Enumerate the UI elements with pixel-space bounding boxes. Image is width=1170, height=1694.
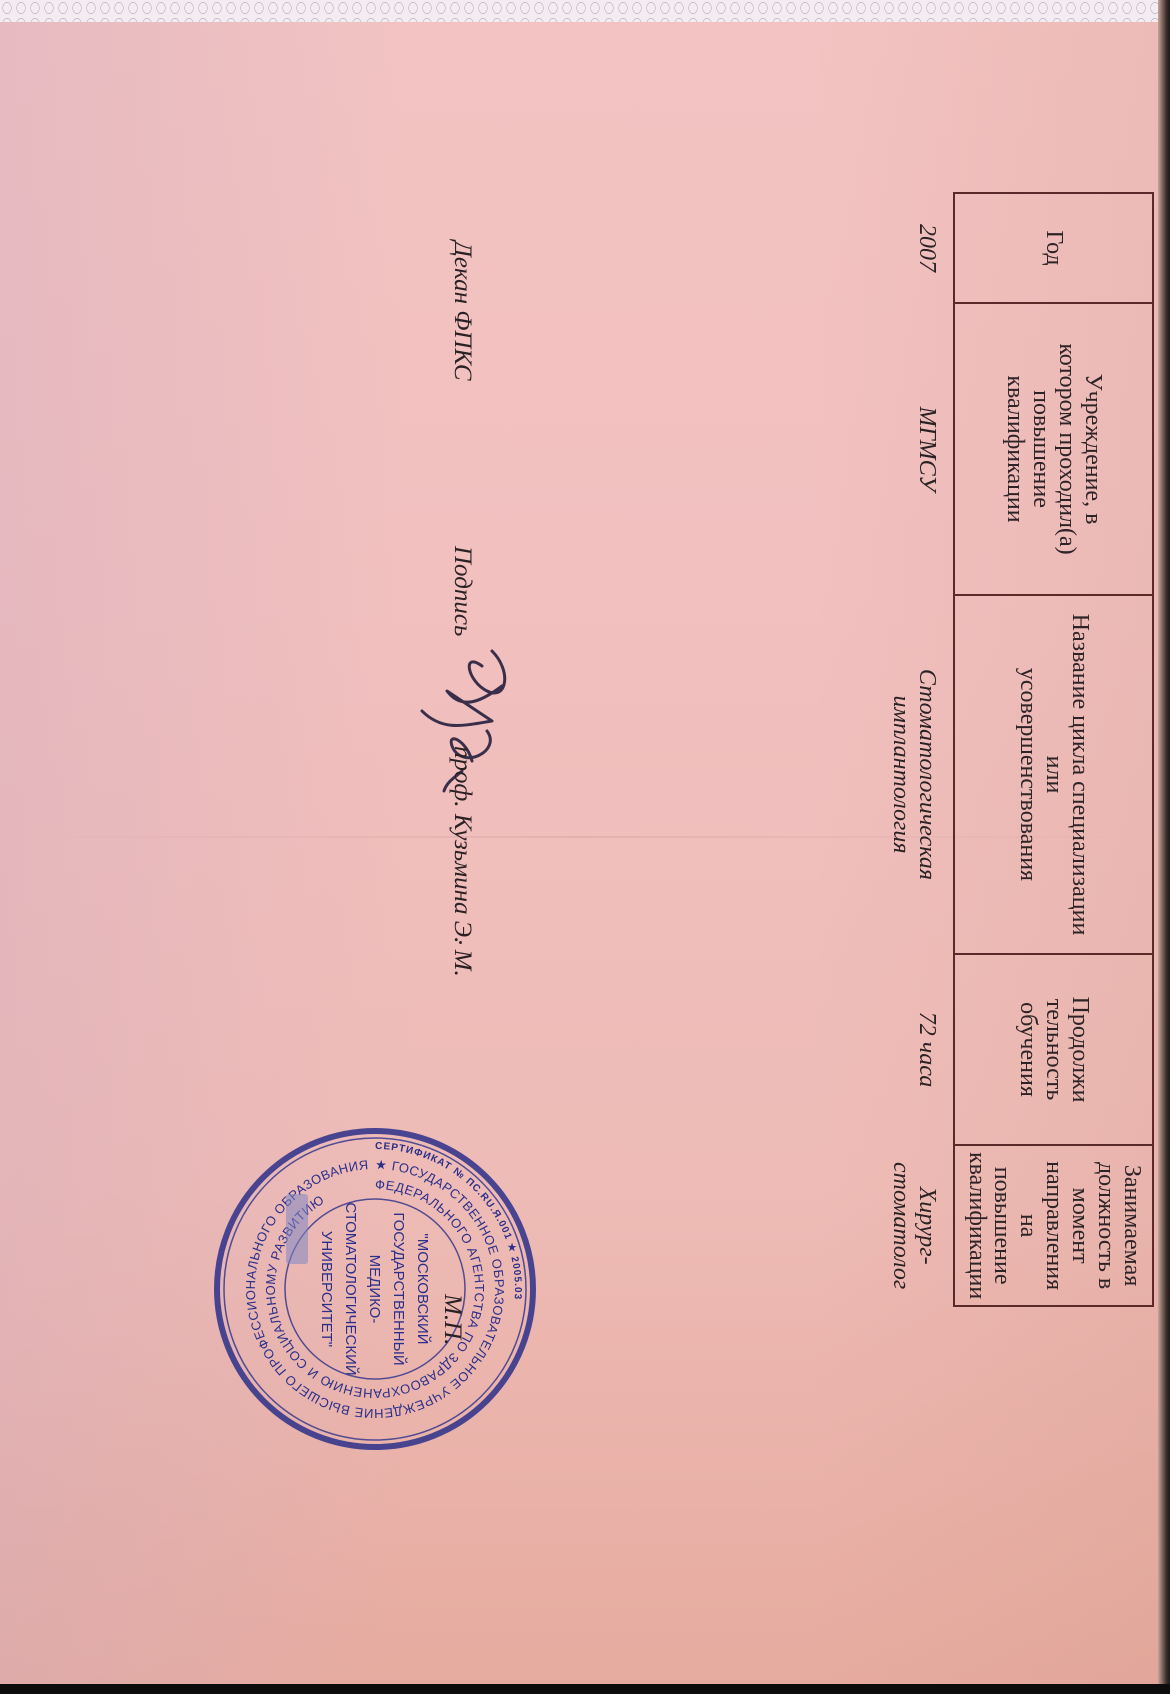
header-institution: Учреждение, в котором проходил(а) повыше…	[954, 303, 1153, 595]
signature-label: Подпись	[448, 546, 476, 636]
table-row: 2007 МГМСУ Стоматологическая имплантолог…	[887, 193, 954, 1306]
photo-border	[0, 1684, 1170, 1694]
table-header-row: Год Учреждение, в котором проходил(а) по…	[954, 193, 1153, 1306]
document-edge	[1158, 0, 1170, 1684]
ink-dot	[459, 941, 462, 944]
cell-duration: 72 часа	[887, 954, 954, 1145]
qualification-table: Год Учреждение, в котором проходил(а) по…	[887, 192, 1154, 1307]
stamp-seal-icon: СЕРТИФИКАТ № ПС.RU.Я.001 ★ 2005.03 ★ ГОС…	[210, 1124, 540, 1454]
stamp-center-line-5: УНИВЕРСИТЕТ"	[318, 1231, 335, 1347]
header-position: Занимаемая должность в момент направлени…	[954, 1145, 1153, 1306]
signer-name: проф. Кузьмина Э. М.	[448, 746, 476, 977]
stamp-center-line-3: МЕДИКО-	[366, 1255, 383, 1324]
certificate-page: Год Учреждение, в котором проходил(а) по…	[0, 16, 1162, 1684]
page-content: Год Учреждение, в котором проходил(а) по…	[0, 16, 1162, 1684]
stamp-center-line-2: ГОСУДАРСТВЕННЫЙ	[390, 1212, 408, 1365]
dean-title: Декан ФПКС	[448, 241, 476, 381]
header-duration: Продолжи тельность обучения	[954, 954, 1153, 1145]
header-year: Год	[954, 193, 1153, 303]
background-pattern	[0, 0, 1170, 22]
cell-institution: МГМСУ	[887, 303, 954, 595]
stamp-mark-label: М.П.	[438, 1294, 466, 1345]
stamp-center-line-1: "МОСКОВСКИЙ	[414, 1233, 432, 1344]
cell-course: Стоматологическая имплантология	[887, 595, 954, 954]
cell-year: 2007	[887, 193, 954, 303]
header-course-name: Название цикла специализации или усоверш…	[954, 595, 1153, 954]
cell-position: Хирург- стоматолог	[887, 1145, 954, 1306]
university-stamp: СЕРТИФИКАТ № ПС.RU.Я.001 ★ 2005.03 ★ ГОС…	[210, 1124, 540, 1454]
stamp-center-line-4: СТОМАТОЛОГИЧЕСКИЙ	[342, 1202, 360, 1375]
